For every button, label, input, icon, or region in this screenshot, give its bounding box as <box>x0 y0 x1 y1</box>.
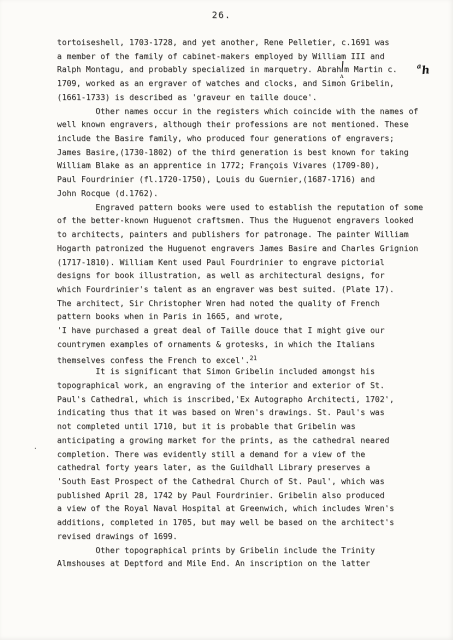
text-line-with-footnote: themselves confess the French to excel'.… <box>57 352 437 366</box>
text-line: John Rocque (d.1762). <box>57 187 437 201</box>
text-line: designs for book illustration, as well a… <box>57 269 437 283</box>
text-line: William Blake as an apprentice in 1772; … <box>57 159 437 173</box>
text-segment: themselves confess the French to excel'. <box>57 356 250 365</box>
stray-pencil-dash: - <box>217 178 222 187</box>
text-line: completion. There was evidently still a … <box>57 448 437 462</box>
handwritten-insertion-caret-mark: ʌ <box>341 64 344 72</box>
text-line: 'I have purchased a great deal of Taille… <box>57 324 437 338</box>
text-line: pattern books when in Paris in 1665, and… <box>57 310 437 324</box>
text-line: include the Basire family, who produced … <box>57 132 437 146</box>
body-text: tortoiseshell, 1703-1728, and yet anothe… <box>57 36 437 571</box>
handwritten-margin-annotation: ah <box>416 58 430 78</box>
stray-scan-dot: . <box>33 442 38 451</box>
text-line: anticipating a growing market for the pr… <box>57 434 437 448</box>
text-line: published April 28, 1742 by Paul Fourdri… <box>57 489 437 503</box>
text-line: cathedral forty years later, as the Guil… <box>57 461 437 475</box>
text-line: Paul Fourdrinier (fl.1720-1750), Louis d… <box>57 173 437 187</box>
text-line: countrymen examples of ornaments & grote… <box>57 338 437 352</box>
text-line: Hogarth patronized the Huguenot engraver… <box>57 242 437 256</box>
text-line: It is significant that Simon Gribelin in… <box>57 365 437 379</box>
text-line: 1709, worked as an ergraver of watches a… <box>57 77 437 91</box>
text-line: Almshouses at Deptford and Mile End. An … <box>57 557 437 571</box>
text-line: indicating thus that it was based on Wre… <box>57 406 437 420</box>
text-line: (1717-1810). William Kent used Paul Four… <box>57 256 437 270</box>
page-number: 26. <box>0 11 448 21</box>
text-line: Other names occur in the registers which… <box>57 105 437 119</box>
text-line-with-correction: Ralph Montagu, and probably specialized … <box>57 63 437 77</box>
text-segment: m Martin c. <box>344 65 397 74</box>
text-line: topographical work, an engraving of the … <box>57 379 437 393</box>
text-line: a member of the family of cabinet-makers… <box>57 50 437 64</box>
text-line: Other topographical prints by Gribelin i… <box>57 544 437 558</box>
text-line: which Fourdrinier's talent as an engrave… <box>57 283 437 297</box>
text-line: of the better-known Huguenot craftsmen. … <box>57 214 437 228</box>
text-line: Engraved pattern books were used to esta… <box>57 201 437 215</box>
text-line: James Basire,(1730-1802) of the third ge… <box>57 146 437 160</box>
text-line: Paul's Cathedral, which is inscribed,'Ex… <box>57 393 437 407</box>
text-segment: Ralph Montagu, and probably specialized … <box>57 65 341 74</box>
caret-glyph: ʌ <box>340 70 343 84</box>
text-line: 'South East Prospect of the Cathedral Ch… <box>57 475 437 489</box>
text-line: revised drawings of 1699. <box>57 530 437 544</box>
margin-annotation-caret: h <box>421 63 430 77</box>
text-line: not completed until 1710, but it is prob… <box>57 420 437 434</box>
scanned-typescript-page: 26. tortoiseshell, 1703-1728, and yet an… <box>0 0 453 640</box>
text-line: tortoiseshell, 1703-1728, and yet anothe… <box>57 36 437 50</box>
text-line: additions, completed in 1705, but may we… <box>57 516 437 530</box>
text-line: (1661-1733) is described as 'graveur en … <box>57 91 437 105</box>
text-line: well known engravers, although their pro… <box>57 118 437 132</box>
footnote-reference: 21 <box>250 355 257 362</box>
text-line: The architect, Sir Christopher Wren had … <box>57 297 437 311</box>
text-line: to architects, painters and publishers f… <box>57 228 437 242</box>
text-line: a view of the Royal Naval Hospital at Gr… <box>57 502 437 516</box>
